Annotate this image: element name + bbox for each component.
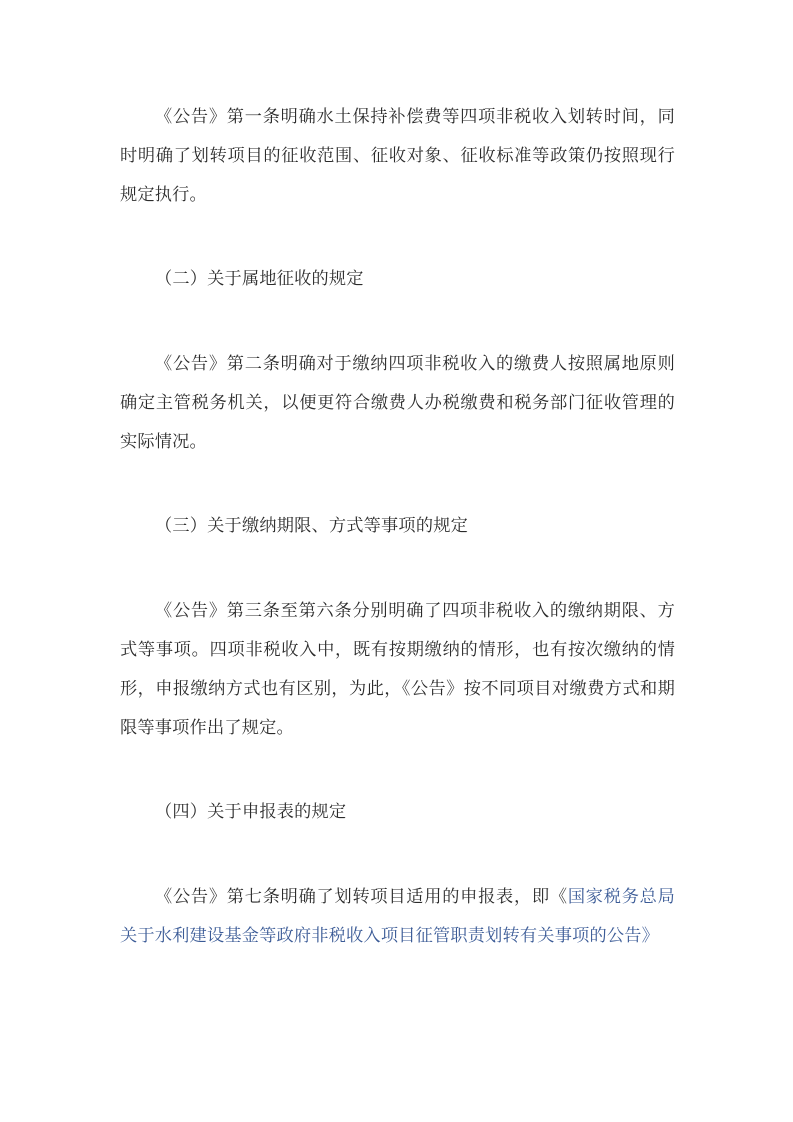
paragraph-text-after-link: 》 xyxy=(642,926,659,946)
section-heading-2: （二）关于属地征收的规定 xyxy=(120,260,675,299)
section-heading-4: （四）关于申报表的规定 xyxy=(120,793,675,832)
paragraph-article-2: 《公告》第二条明确对于缴纳四项非税收入的缴费人按照属地原则确定主管税务机关，以便… xyxy=(120,345,675,462)
document-page: 《公告》第一条明确水土保持补偿费等四项非税收入划转时间，同时明确了划转项目的征收… xyxy=(120,98,675,956)
section-heading-3: （三）关于缴纳期限、方式等事项的规定 xyxy=(120,507,675,546)
paragraph-text-before-link: 《公告》第七条明确了划转项目适用的申报表，即《 xyxy=(155,887,568,907)
paragraph-articles-3-6: 《公告》第三条至第六条分别明确了四项非税收入的缴纳期限、方式等事项。四项非税收入… xyxy=(120,592,675,748)
paragraph-article-7: 《公告》第七条明确了划转项目适用的申报表，即《国家税务总局关于水利建设基金等政府… xyxy=(120,878,675,956)
paragraph-article-1: 《公告》第一条明确水土保持补偿费等四项非税收入划转时间，同时明确了划转项目的征收… xyxy=(120,98,675,215)
